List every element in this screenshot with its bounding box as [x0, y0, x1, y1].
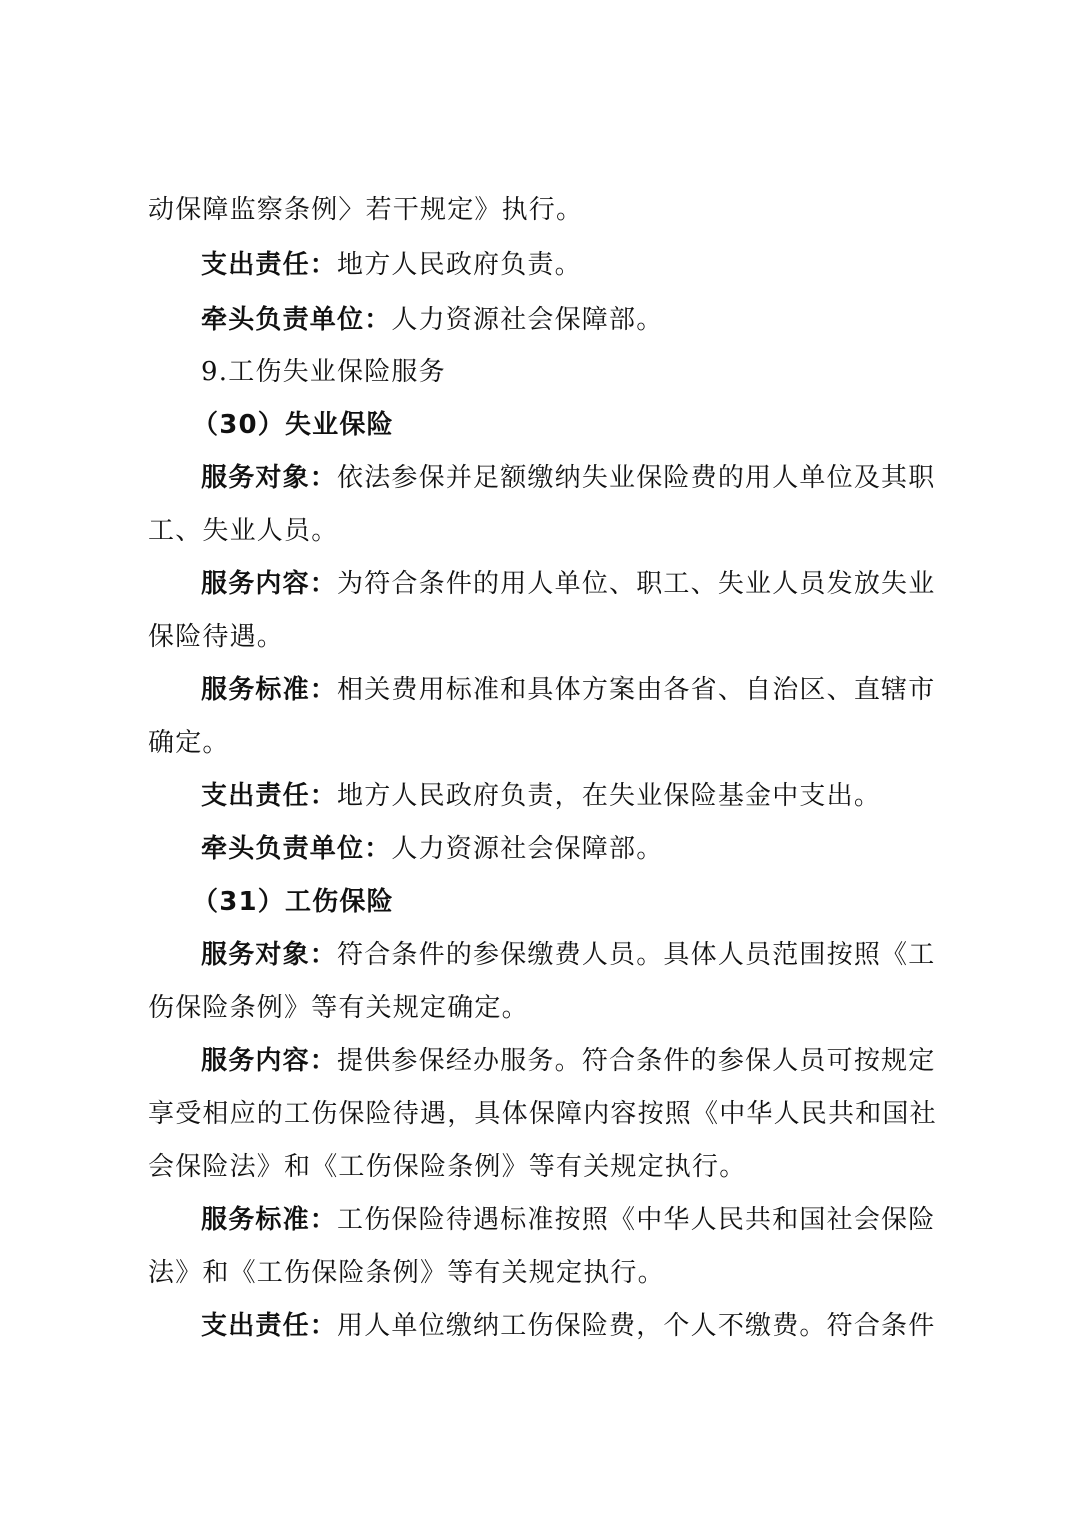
field-value: 人力资源社会保障部。: [391, 305, 663, 335]
line-text: 会保险法》和《工伤保险条例》等有关规定执行。: [148, 1152, 746, 1182]
section-title: 9.工伤失业保险服务: [201, 357, 446, 387]
subsection-title: （31）工伤保险: [192, 887, 394, 917]
section-heading-9: 9.工伤失业保险服务: [201, 352, 991, 392]
continuation-line: 伤保险条例》等有关规定确定。: [148, 988, 938, 1028]
field-label: 服务标准：: [201, 675, 337, 705]
field-label: 牵头负责单位：: [201, 834, 391, 864]
subsection-heading-30: （30）失业保险: [192, 405, 982, 445]
continuation-line: 保险待遇。: [148, 617, 938, 657]
expenditure-responsibility-line: 支出责任：地方人民政府负责。: [201, 245, 991, 285]
line-text: 工、失业人员。: [148, 516, 338, 546]
continuation-line: 确定。: [148, 723, 938, 763]
field-label: 支出责任：: [201, 1311, 337, 1341]
service-target-line: 服务对象：依法参保并足额缴纳失业保险费的用人单位及其职: [201, 458, 991, 498]
service-standard-line: 服务标准：工伤保险待遇标准按照《中华人民共和国社会保险: [201, 1200, 991, 1240]
line-text: 法》和《工伤保险条例》等有关规定执行。: [148, 1258, 665, 1288]
line-text: 保险待遇。: [148, 622, 284, 652]
field-value: 提供参保经办服务。符合条件的参保人员可按规定: [337, 1046, 935, 1076]
line-text: 确定。: [148, 728, 230, 758]
field-label: 支出责任：: [201, 781, 337, 811]
field-label: 服务标准：: [201, 1205, 337, 1235]
field-label: 支出责任：: [201, 250, 337, 280]
field-value: 相关费用标准和具体方案由各省、自治区、直辖市: [337, 675, 935, 705]
field-label: 服务对象：: [201, 940, 337, 970]
field-value: 为符合条件的用人单位、职工、失业人员发放失业: [337, 569, 935, 599]
document-page: 动保障监察条例〉若干规定》执行。 支出责任：地方人民政府负责。 牵头负责单位：人…: [0, 0, 1074, 1520]
field-value: 人力资源社会保障部。: [391, 834, 663, 864]
continuation-line: 工、失业人员。: [148, 511, 938, 551]
continuation-line: 享受相应的工伤保险待遇，具体保障内容按照《中华人民共和国社: [148, 1094, 938, 1134]
service-target-line: 服务对象：符合条件的参保缴费人员。具体人员范围按照《工: [201, 935, 991, 975]
service-standard-line: 服务标准：相关费用标准和具体方案由各省、自治区、直辖市: [201, 670, 991, 710]
expenditure-responsibility-line: 支出责任：用人单位缴纳工伤保险费，个人不缴费。符合条件: [201, 1306, 991, 1346]
line-text: 伤保险条例》等有关规定确定。: [148, 993, 529, 1023]
expenditure-responsibility-line: 支出责任：地方人民政府负责，在失业保险基金中支出。: [201, 776, 991, 816]
lead-unit-line: 牵头负责单位：人力资源社会保障部。: [201, 300, 991, 340]
service-content-line: 服务内容：提供参保经办服务。符合条件的参保人员可按规定: [201, 1041, 991, 1081]
field-value: 地方人民政府负责，在失业保险基金中支出。: [337, 781, 881, 811]
continuation-line: 会保险法》和《工伤保险条例》等有关规定执行。: [148, 1147, 938, 1187]
field-value: 符合条件的参保缴费人员。具体人员范围按照《工: [337, 940, 935, 970]
continuation-line: 法》和《工伤保险条例》等有关规定执行。: [148, 1253, 938, 1293]
field-label: 服务内容：: [201, 1046, 337, 1076]
continuation-line: 动保障监察条例〉若干规定》执行。: [148, 190, 938, 230]
subsection-heading-31: （31）工伤保险: [192, 882, 982, 922]
field-value: 用人单位缴纳工伤保险费，个人不缴费。符合条件: [337, 1311, 935, 1341]
field-label: 牵头负责单位：: [201, 305, 391, 335]
service-content-line: 服务内容：为符合条件的用人单位、职工、失业人员发放失业: [201, 564, 991, 604]
line-text: 动保障监察条例〉若干规定》执行。: [148, 195, 583, 225]
field-value: 地方人民政府负责。: [337, 250, 582, 280]
field-value: 依法参保并足额缴纳失业保险费的用人单位及其职: [337, 463, 935, 493]
field-value: 工伤保险待遇标准按照《中华人民共和国社会保险: [337, 1205, 935, 1235]
line-text: 享受相应的工伤保险待遇，具体保障内容按照《中华人民共和国社: [148, 1099, 937, 1129]
subsection-title: （30）失业保险: [192, 410, 394, 440]
field-label: 服务对象：: [201, 463, 337, 493]
lead-unit-line: 牵头负责单位：人力资源社会保障部。: [201, 829, 991, 869]
field-label: 服务内容：: [201, 569, 337, 599]
